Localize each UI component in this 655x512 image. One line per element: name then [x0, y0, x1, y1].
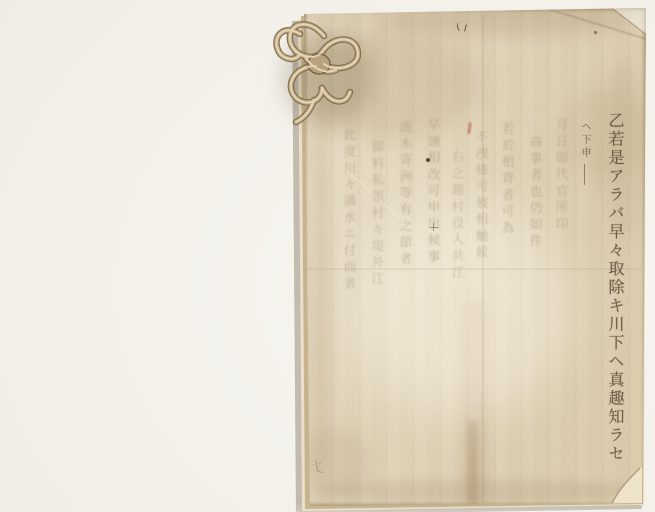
photo-backdrop: 此度川々満水ニ付而者 御料私領村々堤外江 流木寄洲等有之節者 早速相改可申出候事…	[0, 0, 655, 512]
main-text-column: 乙若是アラバ早々取除キ川下ヘ真趣知ラセ	[599, 112, 627, 480]
bleedthrough-column: 右之趣村役人共江	[448, 150, 466, 470]
bleedthrough-column: 御料私領村々堤外江	[368, 140, 386, 470]
page-corner-curl	[598, 458, 644, 506]
cross-mark	[433, 223, 434, 231]
paper-stain	[306, 118, 332, 480]
bleedthrough-column: 曲事者也仍如件	[526, 135, 544, 465]
bleedthrough-column: 若於相背者可為	[498, 122, 516, 472]
binding-cord-icon	[270, 14, 374, 126]
bleedthrough-column: 月日御代官所印	[552, 118, 570, 473]
ink-speck	[426, 158, 430, 162]
dog-ear-fold	[604, 6, 648, 42]
bleedthrough-column: 不洩様可被相触候	[472, 130, 490, 470]
bleedthrough-column: 流木寄洲等有之節者	[396, 120, 414, 470]
bleedthrough-column: 早速相改可申出候事	[424, 118, 442, 468]
ink-speck	[594, 31, 597, 34]
bleedthrough-column: 此度川々満水ニ付而者	[340, 128, 358, 468]
